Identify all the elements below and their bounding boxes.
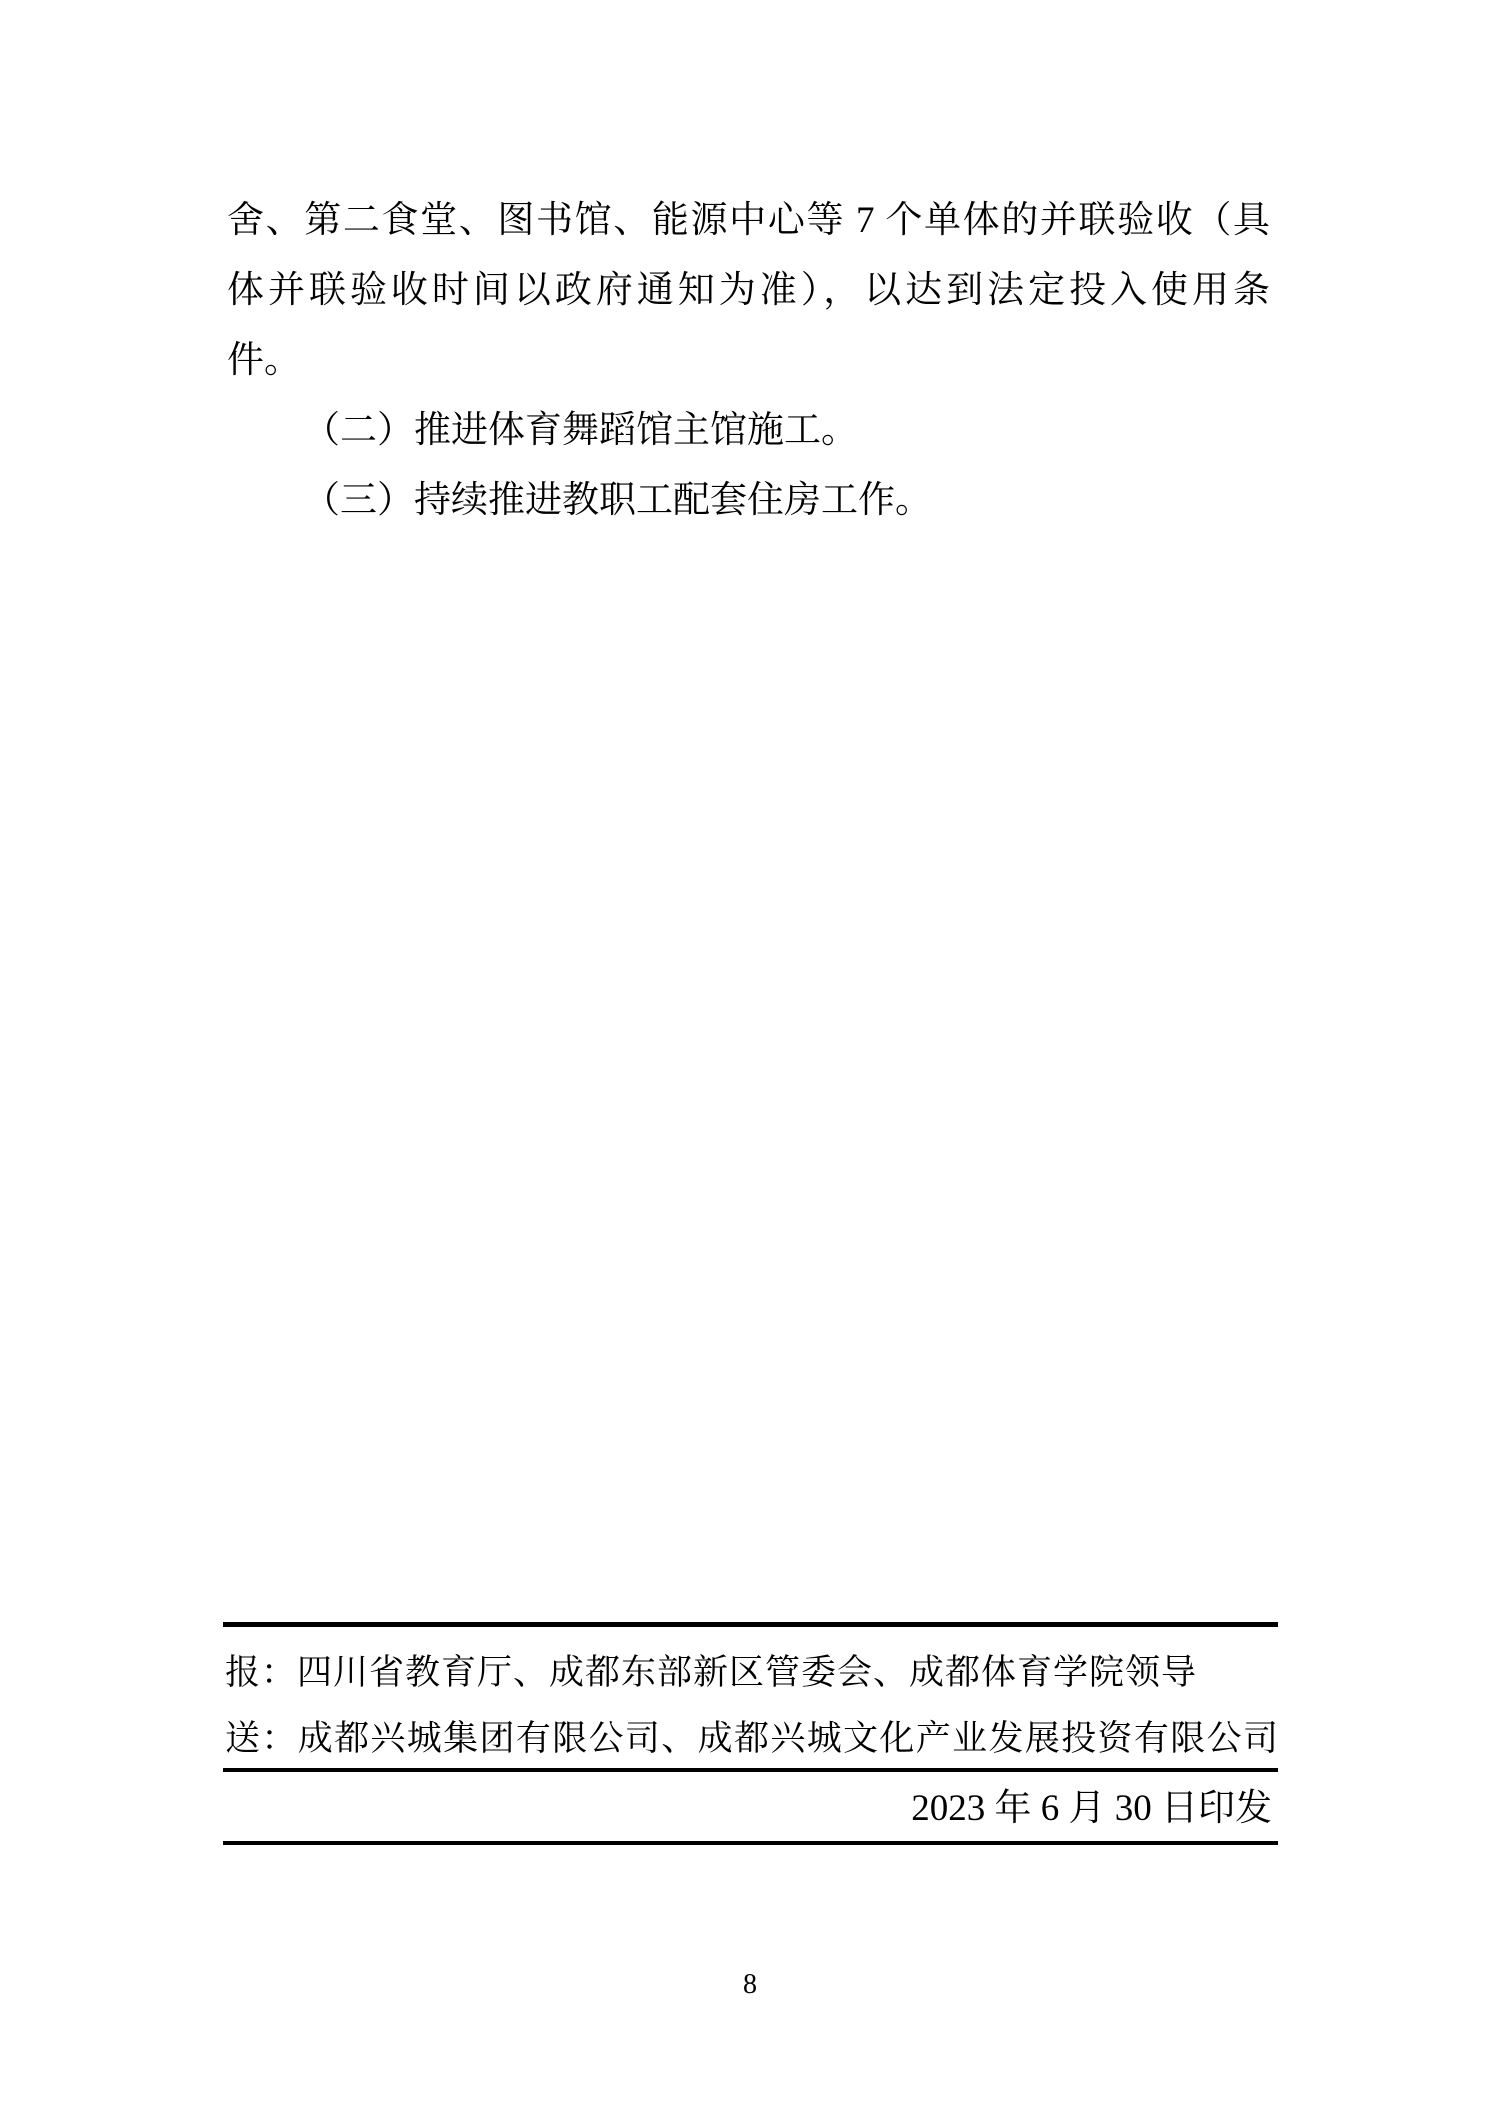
body-paragraph-line-1: 舍、第二食堂、图书馆、能源中心等 7 个单体的并联验收（具: [227, 186, 1270, 256]
body-item-3: （三）持续推进教职工配套住房工作。: [227, 466, 1270, 536]
document-body: 舍、第二食堂、图书馆、能源中心等 7 个单体的并联验收（具 体并联验收时间以政府…: [227, 186, 1270, 536]
body-paragraph-line-3: 件。: [227, 326, 1270, 396]
body-item-2: （二）推进体育舞蹈馆主馆施工。: [227, 396, 1270, 466]
report-to-line: 报：四川省教育厅、成都东部新区管委会、成都体育学院领导: [225, 1640, 1278, 1706]
version-notes-middle-rule: [223, 1768, 1278, 1772]
print-date: 2023 年 6 月 30 日印发: [225, 1780, 1272, 1838]
version-notes-bottom-rule: [223, 1841, 1278, 1845]
body-paragraph-line-2: 体并联验收时间以政府通知为准），以达到法定投入使用条: [227, 256, 1270, 326]
document-page: 舍、第二食堂、图书馆、能源中心等 7 个单体的并联验收（具 体并联验收时间以政府…: [0, 0, 1500, 2121]
send-to-line: 送：成都兴城集团有限公司、成都兴城文化产业发展投资有限公司: [225, 1706, 1278, 1772]
page-number: 8: [0, 1968, 1500, 2002]
version-notes-top-rule: [223, 1622, 1278, 1627]
